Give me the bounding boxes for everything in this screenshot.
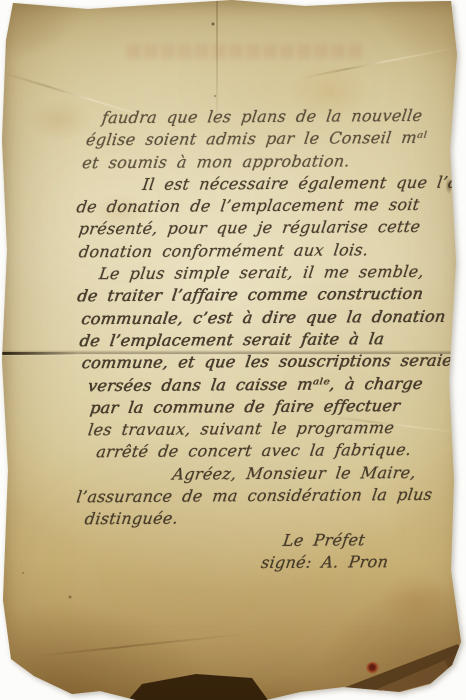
letter-line: Il est nécessaire également que l’acte xyxy=(141,172,464,197)
signature-name: signé: A. Pron xyxy=(260,551,466,575)
wrinkle-crease xyxy=(299,47,456,79)
letter-line: de traiter l’affaire comme construction xyxy=(76,283,465,308)
letter-line: de l’emplacement serait faite à la xyxy=(78,328,465,353)
letter-paper: faudra que les plans de la nouvelle égli… xyxy=(0,0,466,700)
letter-line: arrêté de concert avec la fabrique. xyxy=(95,439,466,464)
scanned-letter-page: faudra que les plans de la nouvelle égli… xyxy=(0,0,466,700)
letter-line: faudra que les plans de la nouvelle xyxy=(101,105,464,130)
letter-text: faudra que les plans de la nouvelle égli… xyxy=(68,105,463,576)
letter-line: versées dans la caisse mᵃˡᵉ, à charge xyxy=(86,372,465,397)
letter-line: et soumis à mon approbation. xyxy=(81,149,464,174)
letter-line: Agréez, Monsieur le Maire, xyxy=(171,461,466,485)
letter-line: commune, et que les souscriptions seraie… xyxy=(80,350,465,375)
paper-wrapper: faudra que les plans de la nouvelle égli… xyxy=(0,0,466,700)
signature-title: Le Préfet xyxy=(281,528,466,552)
letter-line: église soient admis par le Conseil mᵃˡ xyxy=(85,127,464,152)
letter-line: par la commune de faire effectuer xyxy=(89,394,466,419)
wrinkle-crease xyxy=(36,633,245,657)
letter-line: Le plus simple serait, il me semble, xyxy=(98,261,465,286)
letter-line: présenté, pour que je régularise cette xyxy=(77,216,464,241)
letter-line: donation conformément aux lois. xyxy=(77,238,464,263)
ink-stain-spot xyxy=(366,662,380,674)
letter-line: les travaux, suivant le programme xyxy=(87,417,466,442)
letter-line: l’assurance de ma considération la plus xyxy=(75,484,466,509)
letter-line: distinguée. xyxy=(83,506,466,531)
faded-letterhead-stamp xyxy=(128,44,366,59)
letter-line: communale, c’est à dire que la donation xyxy=(80,305,465,330)
